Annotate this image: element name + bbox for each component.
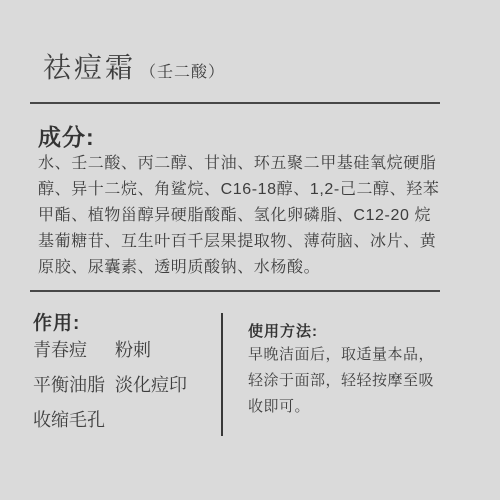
ingredients-heading: 成分: [38, 119, 95, 152]
usage-heading: 使用方法: [248, 320, 318, 341]
usage-line: 轻涂于面部，轻轻按摩至吸 [248, 368, 434, 394]
vertical-divider [221, 313, 223, 436]
ingredients-line: 基葡糖苷、互生叶百千层果提取物、薄荷脑、冰片、黄 [38, 229, 468, 255]
product-title: 祛痘霜 [43, 46, 136, 86]
effects-heading: 作用: [33, 308, 80, 335]
product-label-page: 祛痘霜 （壬二酸） 成分: 水、壬二酸、丙二醇、甘油、环五聚二甲基硅氧烷硬脂 醇… [0, 0, 500, 500]
effect-item: 青春痘 [33, 339, 115, 361]
product-subtitle: （壬二酸） [140, 59, 225, 82]
effect-item: 淡化痘印 [115, 374, 187, 396]
ingredients-text: 水、壬二酸、丙二醇、甘油、环五聚二甲基硅氧烷硬脂 醇、异十二烷、角鲨烷、C16-… [38, 151, 468, 281]
effect-item: 粉刺 [115, 339, 187, 361]
effect-item: 收缩毛孔 [33, 409, 115, 431]
ingredients-line: 原胶、尿囊素、透明质酸钠、水杨酸。 [38, 255, 468, 281]
usage-line: 早晚洁面后，取适量本品， [248, 342, 434, 368]
ingredients-line: 甲酯、植物甾醇异硬脂酸酯、氢化卵磷脂、C12-20 烷 [38, 203, 468, 229]
middle-divider [30, 290, 440, 292]
effect-item: 平衡油脂 [33, 374, 115, 396]
usage-text: 早晚洁面后，取适量本品， 轻涂于面部，轻轻按摩至吸 收即可。 [248, 342, 434, 420]
ingredients-line: 水、壬二酸、丙二醇、甘油、环五聚二甲基硅氧烷硬脂 [38, 151, 468, 177]
title-row: 祛痘霜 （壬二酸） [43, 46, 225, 86]
top-divider [30, 102, 440, 104]
usage-line: 收即可。 [248, 394, 434, 420]
ingredients-line: 醇、异十二烷、角鲨烷、C16-18醇、1,2-己二醇、羟苯 [38, 177, 468, 203]
effects-list: 青春痘 粉刺 平衡油脂 淡化痘印 收缩毛孔 [33, 339, 187, 431]
